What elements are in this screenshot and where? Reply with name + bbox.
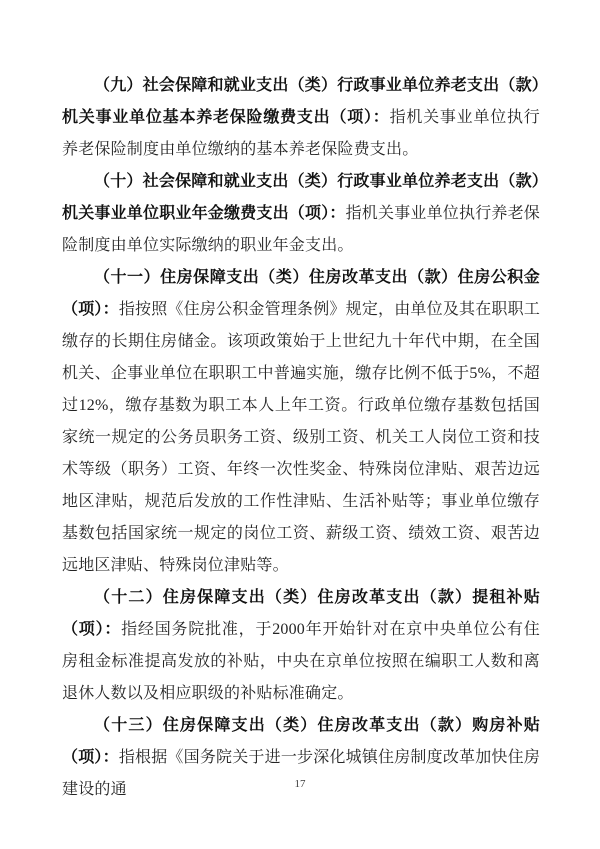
paragraph-9: （九）社会保障和就业支出（类）行政事业单位养老支出（款）机关事业单位基本养老保险… bbox=[62, 70, 540, 166]
page-content: （九）社会保障和就业支出（类）行政事业单位养老支出（款）机关事业单位基本养老保险… bbox=[62, 70, 540, 806]
document-page: （九）社会保障和就业支出（类）行政事业单位养老支出（款）机关事业单位基本养老保险… bbox=[0, 0, 600, 849]
paragraph-12: （十二）住房保障支出（类）住房改革支出（款）提租补贴（项）：指经国务院批准，于2… bbox=[62, 582, 540, 710]
paragraph-13-body: 指根据《国务院关于进一步深化城镇住房制度改革加快住房建设的通 bbox=[62, 749, 540, 798]
paragraph-12-body: 指经国务院批准，于2000年开始针对在京中央单位公有住房租金标准提高发放的补贴，… bbox=[62, 621, 540, 702]
page-number: 17 bbox=[0, 778, 600, 790]
paragraph-10: （十）社会保障和就业支出（类）行政事业单位养老支出（款）机关事业单位职业年金缴费… bbox=[62, 166, 540, 262]
paragraph-11-body: 指按照《住房公积金管理条例》规定，由单位及其在职职工缴存的长期住房储金。该项政策… bbox=[62, 301, 540, 574]
paragraph-13: （十三）住房保障支出（类）住房改革支出（款）购房补贴（项）：指根据《国务院关于进… bbox=[62, 710, 540, 806]
paragraph-11: （十一）住房保障支出（类）住房改革支出（款）住房公积金（项）：指按照《住房公积金… bbox=[62, 262, 540, 582]
